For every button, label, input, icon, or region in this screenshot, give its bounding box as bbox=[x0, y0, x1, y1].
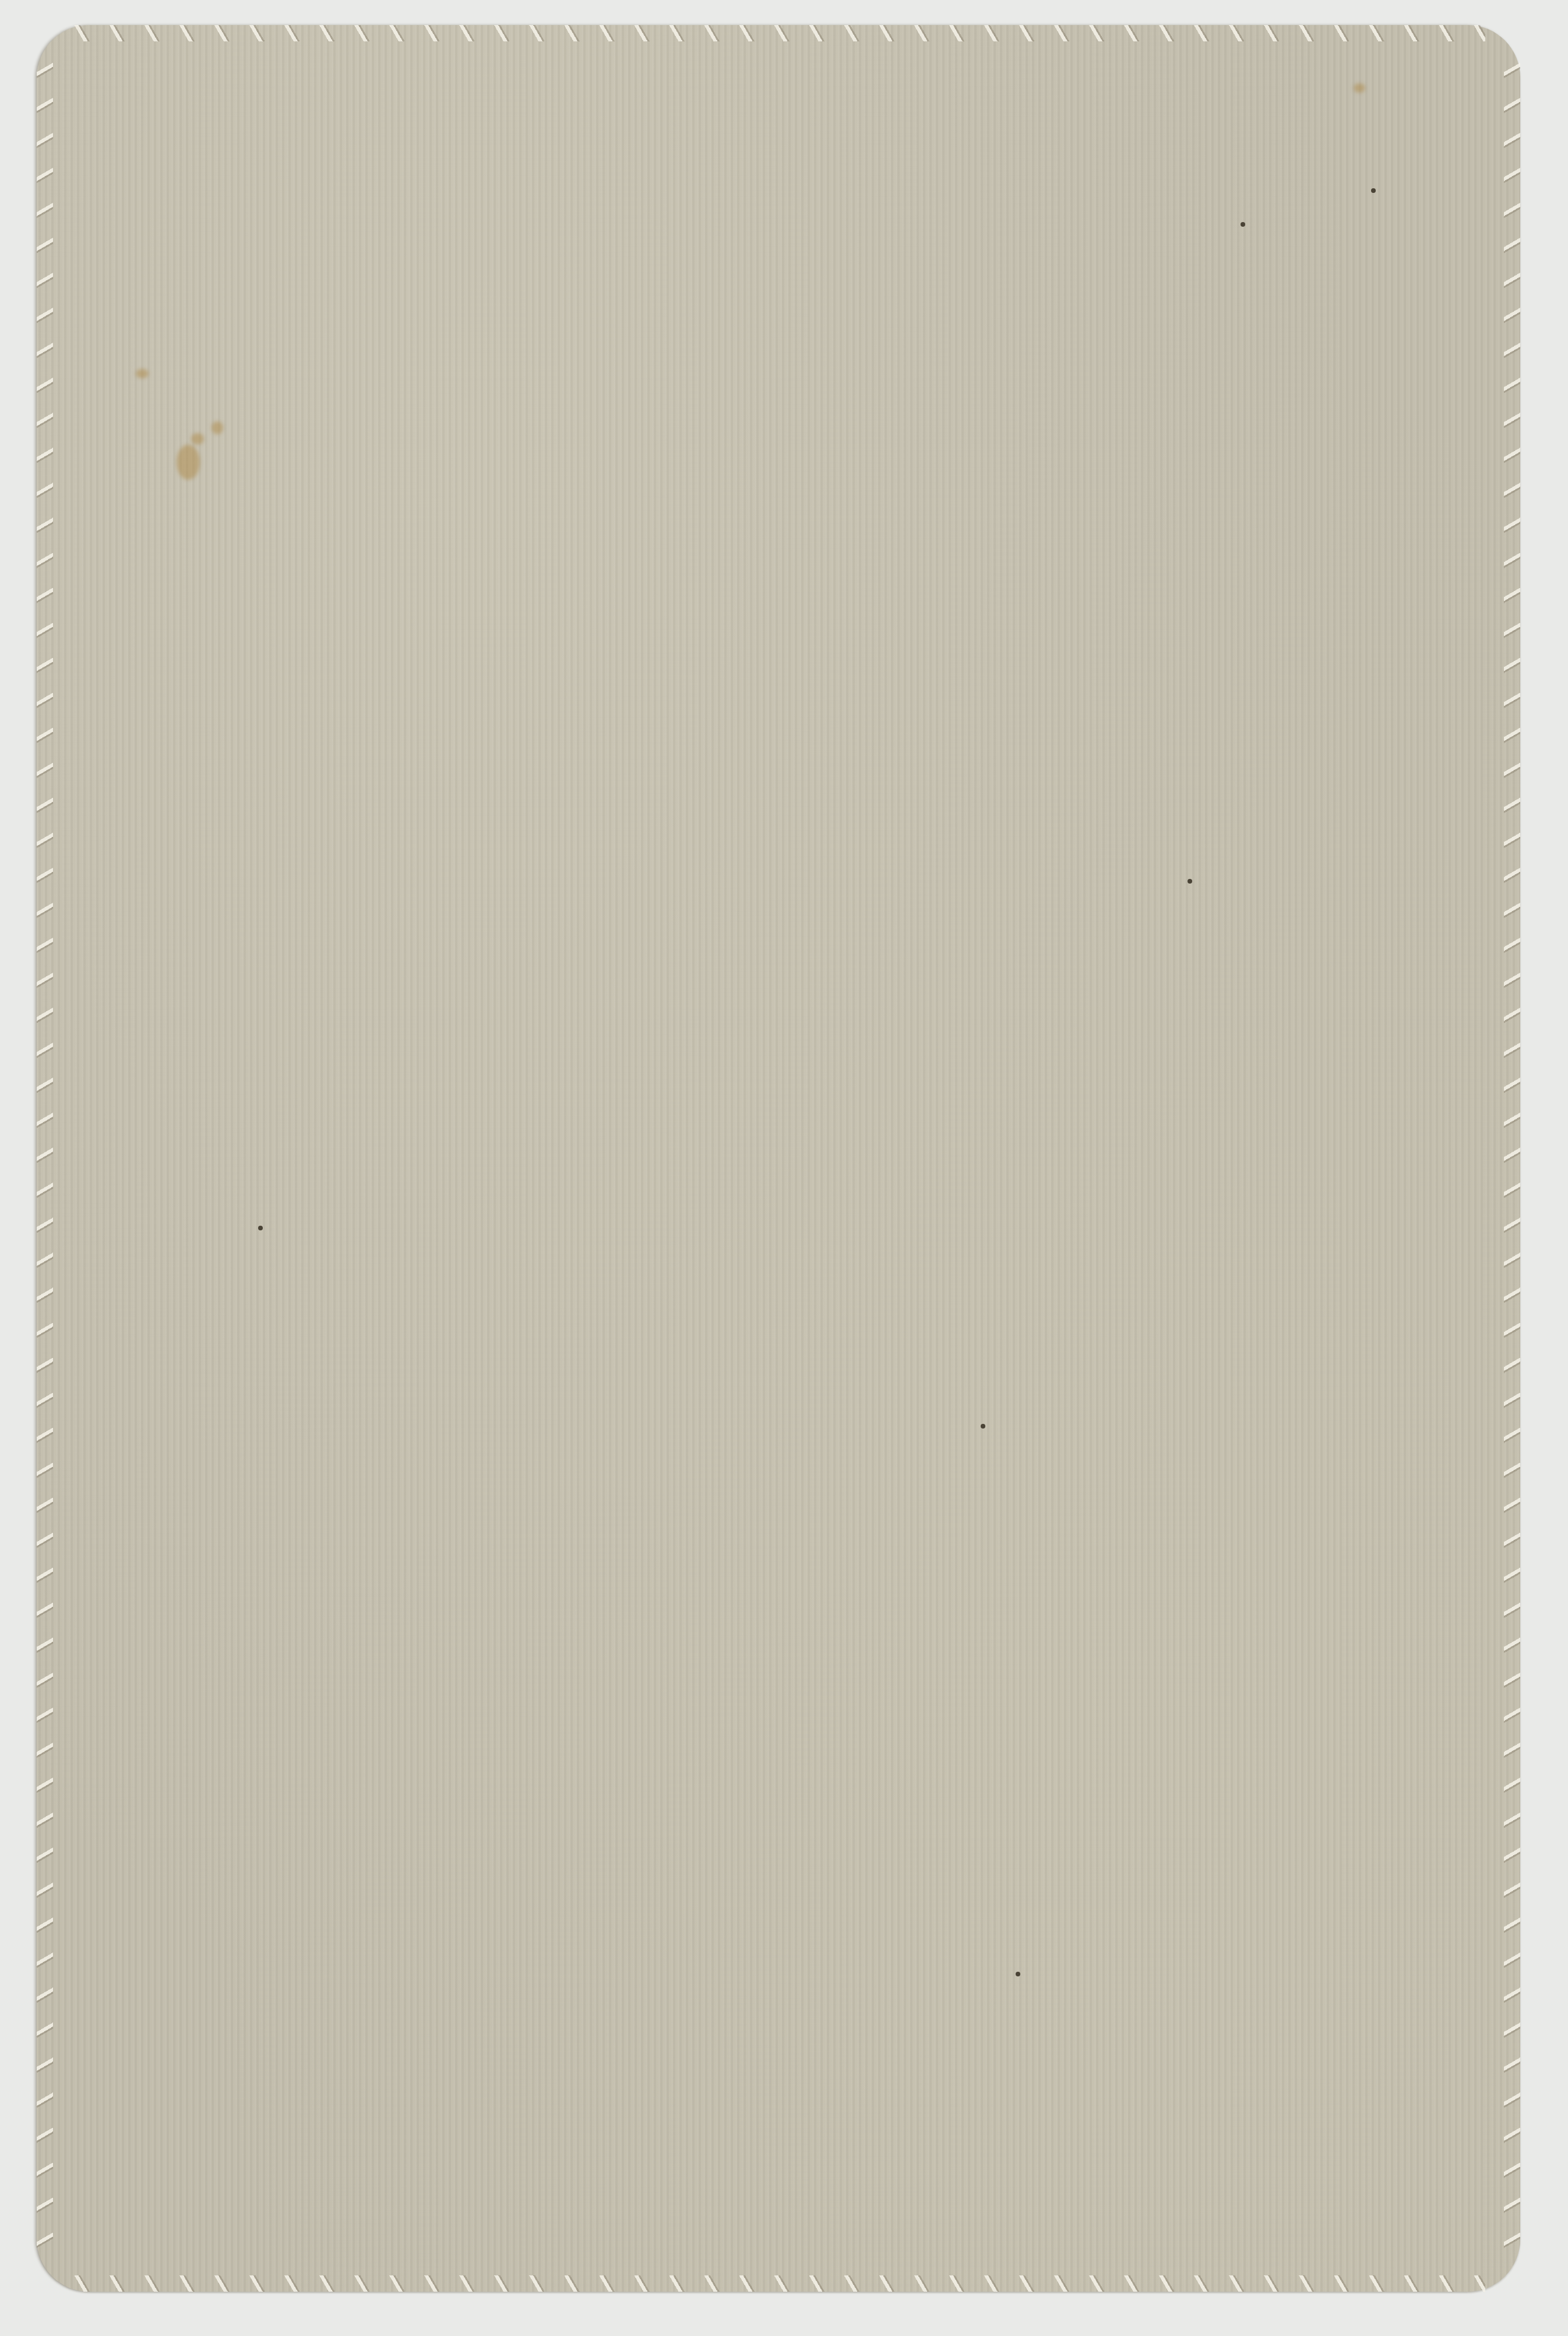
foxing-stain bbox=[212, 421, 223, 434]
foxing-stain bbox=[1354, 83, 1365, 93]
speck bbox=[1188, 879, 1192, 884]
foxing-stain bbox=[191, 433, 204, 445]
scalloped-border-left bbox=[37, 60, 53, 2257]
speck bbox=[1241, 222, 1245, 227]
speck bbox=[1016, 1972, 1020, 1976]
scalloped-border-bottom bbox=[72, 2275, 1485, 2292]
speck bbox=[1371, 188, 1376, 193]
speck bbox=[258, 1226, 263, 1230]
speck bbox=[981, 1424, 985, 1429]
scalloped-border-right bbox=[1504, 60, 1520, 2257]
scalloped-border-top bbox=[72, 25, 1485, 41]
foxing-stain bbox=[177, 445, 200, 480]
cabinet-card-back bbox=[37, 25, 1520, 2292]
foxing-stain bbox=[136, 369, 149, 378]
